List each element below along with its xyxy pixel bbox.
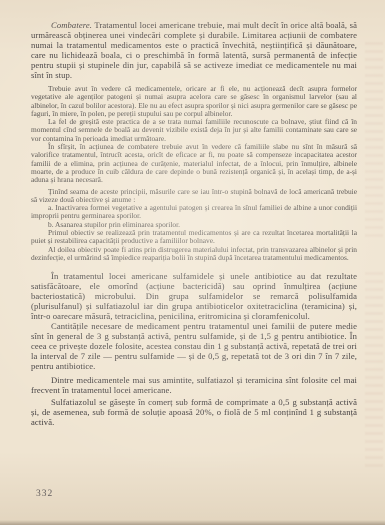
paragraph-sulfatiazol-comert: Sulfatiazolul se găsește în comerț sub f… [31,397,357,427]
ink-bleedthrough-artifact [365,272,383,472]
paragraph-sulfamide-antibiotice: În tratamentul locei americane sulfamide… [31,271,357,321]
paragraph-sulfatiazol-teramicina: Dintre medicamentele mai sus amintite, s… [31,375,357,395]
paragraph-obiective-intro: Ținînd seama de aceste principii, măsuri… [31,188,357,205]
scan-edge-shadow [0,520,385,525]
paragraph-note-medicamente: Trebuie avut în vedere că medicamentele,… [31,85,357,118]
page-number: 332 [36,489,53,499]
ink-bleedthrough-artifact [365,42,383,242]
paragraph-note-practica-gresita: La fel de greșită este practica de a se … [31,118,357,143]
paragraph-combatere: Combatere. Tratamentul locei americane t… [31,20,357,80]
paragraph-cantitati-doze: Cantitățile necesare de medicament pentr… [31,321,357,371]
text-column: Combatere. Tratamentul locei americane t… [31,20,357,427]
paragraph-lead-italic: Combatere. [51,20,92,30]
paragraph-primul-obiectiv: Primul obiectiv se realizează prin trata… [31,229,357,246]
paragraph-note-familii-slabe: În sfîrșit, în acțiunea de combatere tre… [31,143,357,184]
scanned-page: Combatere. Tratamentul locei americane t… [0,0,385,525]
paragraph-obiectiv-a: a. Inactivarea formei vegetative a agent… [31,204,357,221]
paragraph-al-doilea-obiectiv: Al doilea obiectiv poate fi atins prin d… [31,246,357,263]
